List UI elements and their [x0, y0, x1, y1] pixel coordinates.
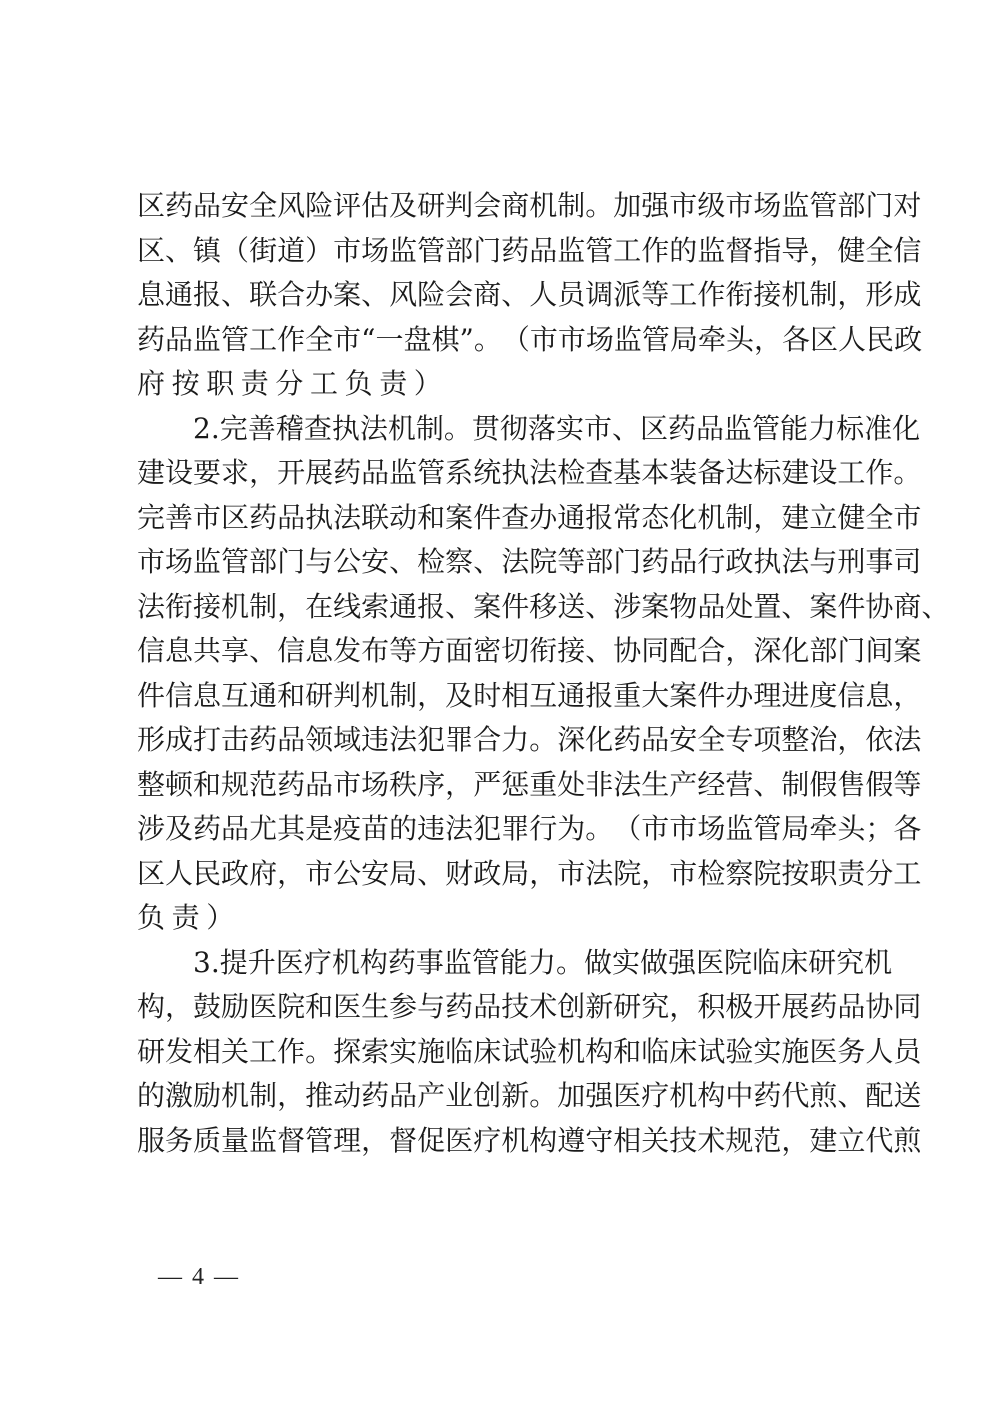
text-line: 服务质量监督管理，督促医疗机构遵守相关技术规范，建立代煎	[137, 1119, 873, 1164]
text-line: 市场监管部门与公安、检察、法院等部门药品行政执法与刑事司	[137, 540, 873, 585]
text-line: 区药品安全风险评估及研判会商机制。加强市级市场监管部门对	[137, 184, 873, 229]
text-line: 2.完善稽查执法机制。贯彻落实市、区药品监管能力标准化	[137, 407, 873, 452]
document-body: 区药品安全风险评估及研判会商机制。加强市级市场监管部门对区、镇（街道）市场监管部…	[137, 184, 873, 1163]
document-page: 区药品安全风险评估及研判会商机制。加强市级市场监管部门对区、镇（街道）市场监管部…	[137, 184, 873, 1163]
text-line: 形成打击药品领域违法犯罪合力。深化药品安全专项整治，依法	[137, 718, 873, 763]
paragraph-p-item-3: 3.提升医疗机构药事监管能力。做实做强医院临床研究机构，鼓励医院和医生参与药品技…	[137, 941, 873, 1164]
text-line: 件信息互通和研判机制，及时相互通报重大案件办理进度信息，	[137, 674, 873, 719]
text-line: 区人民政府，市公安局、财政局，市法院，市检察院按职责分工	[137, 852, 873, 897]
text-line: 研发相关工作。探索实施临床试验机构和临床试验实施医务人员	[137, 1030, 873, 1075]
text-line: 的激励机制，推动药品产业创新。加强医疗机构中药代煎、配送	[137, 1074, 873, 1119]
text-line: 建设要求，开展药品监管系统执法检查基本装备达标建设工作。	[137, 451, 873, 496]
text-line: 药品监管工作全市“一盘棋”。（市市场监管局牵头，各区人民政	[137, 318, 873, 363]
text-line: 息通报、联合办案、风险会商、人员调派等工作衔接机制，形成	[137, 273, 873, 318]
text-line: 法衔接机制，在线索通报、案件移送、涉案物品处置、案件协商、	[137, 585, 873, 630]
paragraph-p-item-2: 2.完善稽查执法机制。贯彻落实市、区药品监管能力标准化建设要求，开展药品监管系统…	[137, 407, 873, 941]
text-line: 负责）	[137, 896, 873, 941]
text-line: 完善市区药品执法联动和案件查办通报常态化机制，建立健全市	[137, 496, 873, 541]
page-number: — 4 —	[158, 1264, 240, 1291]
text-line: 信息共享、信息发布等方面密切衔接、协同配合，深化部门间案	[137, 629, 873, 674]
paragraph-p-continuation: 区药品安全风险评估及研判会商机制。加强市级市场监管部门对区、镇（街道）市场监管部…	[137, 184, 873, 407]
text-line: 区、镇（街道）市场监管部门药品监管工作的监督指导，健全信	[137, 229, 873, 274]
text-line: 3.提升医疗机构药事监管能力。做实做强医院临床研究机	[137, 941, 873, 986]
text-line: 构，鼓励医院和医生参与药品技术创新研究，积极开展药品协同	[137, 985, 873, 1030]
text-line: 整顿和规范药品市场秩序，严惩重处非法生产经营、制假售假等	[137, 763, 873, 808]
text-line: 涉及药品尤其是疫苗的违法犯罪行为。（市市场监管局牵头；各	[137, 807, 873, 852]
text-line: 府按职责分工负责）	[137, 362, 873, 407]
